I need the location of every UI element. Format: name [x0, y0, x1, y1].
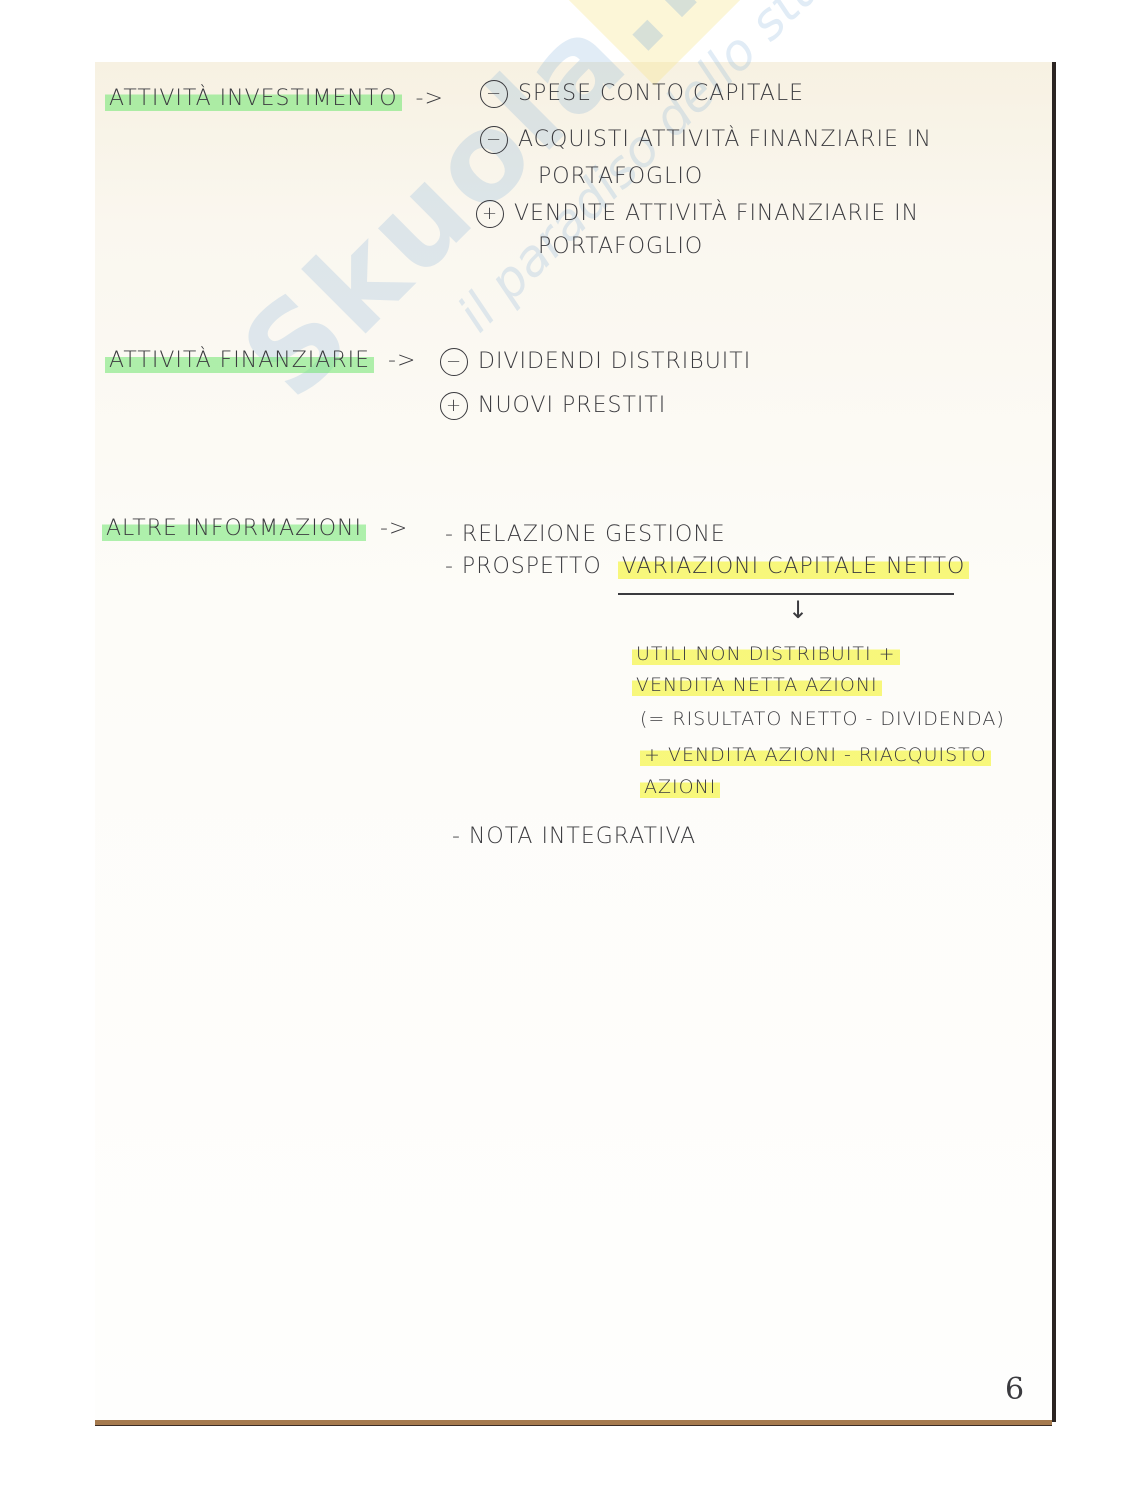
detail-line: azioni	[640, 778, 720, 797]
minus-circle-icon: −	[440, 348, 468, 376]
detail-line: Utili non distribuiti +	[632, 645, 900, 664]
plus-circle-icon: +	[476, 200, 504, 228]
list-item: - Nota integrativa	[452, 826, 696, 848]
down-arrow-icon: ↓	[788, 596, 808, 624]
heading-finanziarie: Attività finanziarie->	[105, 350, 424, 372]
plus-circle-icon: +	[440, 392, 468, 420]
list-item: −Dividendi distribuiti	[440, 348, 751, 376]
list-item-continuation: portafoglio	[538, 166, 703, 188]
list-item: - Relazione gestione	[445, 524, 726, 546]
page-number: 6	[1005, 1372, 1024, 1407]
minus-circle-icon: −	[480, 80, 508, 108]
heading-investimento: Attività investimento->	[105, 88, 452, 110]
list-item: −Spese conto capitale	[480, 80, 804, 108]
page-edge	[95, 1420, 1052, 1425]
list-item: +Nuovi prestiti	[440, 392, 666, 420]
detail-line: + vendita azioni - riacquisto	[640, 746, 991, 765]
detail-line: vendita netta azioni	[632, 676, 882, 695]
list-item: - Prospetto variazioni capitale netto	[445, 556, 969, 578]
notebook-page	[95, 62, 1052, 1422]
list-item: −Acquisti attività finanziarie in	[480, 126, 932, 154]
detail-line: (= risultato netto - dividenda)	[640, 710, 1005, 729]
list-item: +Vendite attività finanziarie in	[476, 200, 919, 228]
list-item-continuation: portafoglio	[538, 236, 703, 258]
minus-circle-icon: −	[480, 126, 508, 154]
heading-altre-informazioni: Altre informazioni->	[102, 518, 416, 540]
underline	[618, 593, 954, 595]
